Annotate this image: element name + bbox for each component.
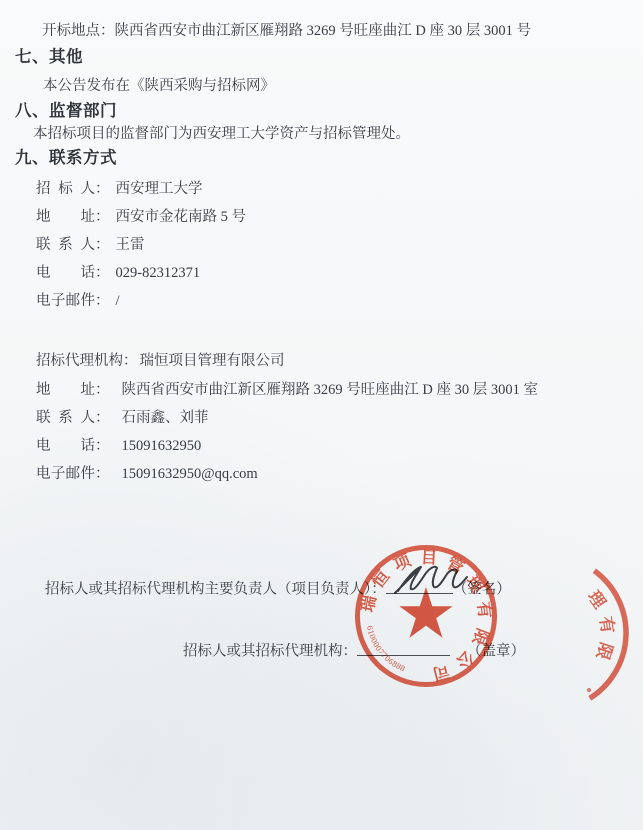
svg-text:有: 有 xyxy=(596,615,618,635)
contact-label: 电子邮件 xyxy=(36,465,95,483)
agency-row: 电话：15091632950 xyxy=(36,437,201,455)
contact-value: 15091632950 xyxy=(122,438,202,454)
svg-text:有: 有 xyxy=(474,601,496,620)
section-9-heading: 九、联系方式 xyxy=(15,148,117,169)
opening-location-line: 开标地点：陕西省西安市曲江新区雁翔路 3269 号旺座曲江 D 座 30 层 3… xyxy=(42,22,531,40)
contact-label: 地址 xyxy=(36,208,95,226)
agency-name: 瑞恒项目管理有限公司 xyxy=(140,353,285,369)
contact-label: 电话 xyxy=(36,437,95,455)
contact-value: 029-82312371 xyxy=(116,265,201,281)
stamp-blank-line xyxy=(357,640,450,656)
colon: ： xyxy=(95,293,110,309)
partial-seal-arc xyxy=(590,571,626,699)
svg-text:司: 司 xyxy=(431,661,452,684)
contact-label: 招标代理机构 xyxy=(36,353,123,369)
signature-line-2-suffix: （盖章） xyxy=(467,644,525,660)
contact-value: 石雨鑫、刘菲 xyxy=(122,410,209,426)
tenderer-row: 电子邮件：/ xyxy=(36,292,120,310)
svg-text:管: 管 xyxy=(443,552,468,578)
agency-row: 电子邮件：15091632950@qq.com xyxy=(36,465,258,483)
partial-seal-graphic: 理有限 xyxy=(469,553,629,713)
partial-seal: 理有限 xyxy=(469,553,629,713)
agency-row: 联系人：石雨鑫、刘菲 xyxy=(36,409,209,427)
colon: ： xyxy=(95,181,110,197)
svg-text:项: 项 xyxy=(391,550,414,574)
contact-value: 西安市金花南路 5 号 xyxy=(116,209,247,225)
tenderer-row: 地址：西安市金花南路 5 号 xyxy=(36,208,246,226)
agency-intro-row: 招标代理机构：瑞恒项目管理有限公司 xyxy=(36,352,285,370)
contact-value: 陕西省西安市曲江新区雁翔路 3269 号旺座曲江 D 座 30 层 3001 室 xyxy=(122,382,538,398)
tenderer-row: 招标人：西安理工大学 xyxy=(36,180,203,198)
signature-line-2-label: 招标人或其招标代理机构： xyxy=(183,644,357,660)
contact-label: 地址 xyxy=(36,381,95,399)
signature-line-2: 招标人或其招标代理机构：（盖章） xyxy=(183,640,525,661)
scanned-document-page: 开标地点：陕西省西安市曲江新区雁翔路 3269 号旺座曲江 D 座 30 层 3… xyxy=(0,0,643,830)
section-8-heading: 八、监督部门 xyxy=(15,101,117,122)
signature-blank-line xyxy=(386,578,453,594)
section-7-body: 本公告发布在《陕西采购与招标网》 xyxy=(43,77,275,95)
contact-value: 王雷 xyxy=(116,237,145,253)
tenderer-row: 联系人：王雷 xyxy=(36,236,145,254)
contact-label: 联系人 xyxy=(36,236,95,254)
signature-line-1-suffix: （签名） xyxy=(453,582,511,598)
colon: ： xyxy=(95,410,110,426)
colon: ： xyxy=(95,466,110,482)
colon: ： xyxy=(95,209,110,225)
partial-seal-characters: 理有限 xyxy=(584,587,618,662)
section-8-body: 本招标项目的监督部门为西安理工大学资产与招标管理处。 xyxy=(33,125,410,143)
agency-row: 地址：陕西省西安市曲江新区雁翔路 3269 号旺座曲江 D 座 30 层 300… xyxy=(36,381,538,399)
colon: ： xyxy=(123,353,138,369)
seal-company-name: 瑞恒项目管理有限公司 xyxy=(357,548,496,684)
tenderer-row: 电话：029-82312371 xyxy=(36,264,200,282)
colon: ： xyxy=(95,237,110,253)
contact-value: / xyxy=(116,293,120,309)
svg-text:目: 目 xyxy=(420,548,437,568)
colon: ： xyxy=(95,382,110,398)
contact-label: 电话 xyxy=(36,264,95,282)
contact-value: 15091632950@qq.com xyxy=(122,466,258,482)
company-seal: 瑞恒项目管理有限公司 6100007706888 xyxy=(326,516,526,716)
signature-line-1: 招标人或其招标代理机构主要负责人（项目负责人）：（签名） xyxy=(45,578,511,599)
signature-line-1-label: 招标人或其招标代理机构主要负责人（项目负责人）： xyxy=(45,582,386,598)
svg-text:理: 理 xyxy=(584,587,610,613)
seal-ring xyxy=(358,548,495,685)
svg-text:限: 限 xyxy=(593,640,616,662)
contact-label: 招标人 xyxy=(36,180,95,198)
colon: ： xyxy=(95,265,110,281)
contact-label: 联系人 xyxy=(36,409,95,427)
section-7-heading: 七、其他 xyxy=(15,47,83,68)
colon: ： xyxy=(95,438,110,454)
contact-value: 西安理工大学 xyxy=(116,181,203,197)
company-seal-graphic: 瑞恒项目管理有限公司 6100007706888 xyxy=(326,516,526,716)
partial-seal-dot xyxy=(587,688,591,692)
contact-label: 电子邮件 xyxy=(36,292,95,310)
